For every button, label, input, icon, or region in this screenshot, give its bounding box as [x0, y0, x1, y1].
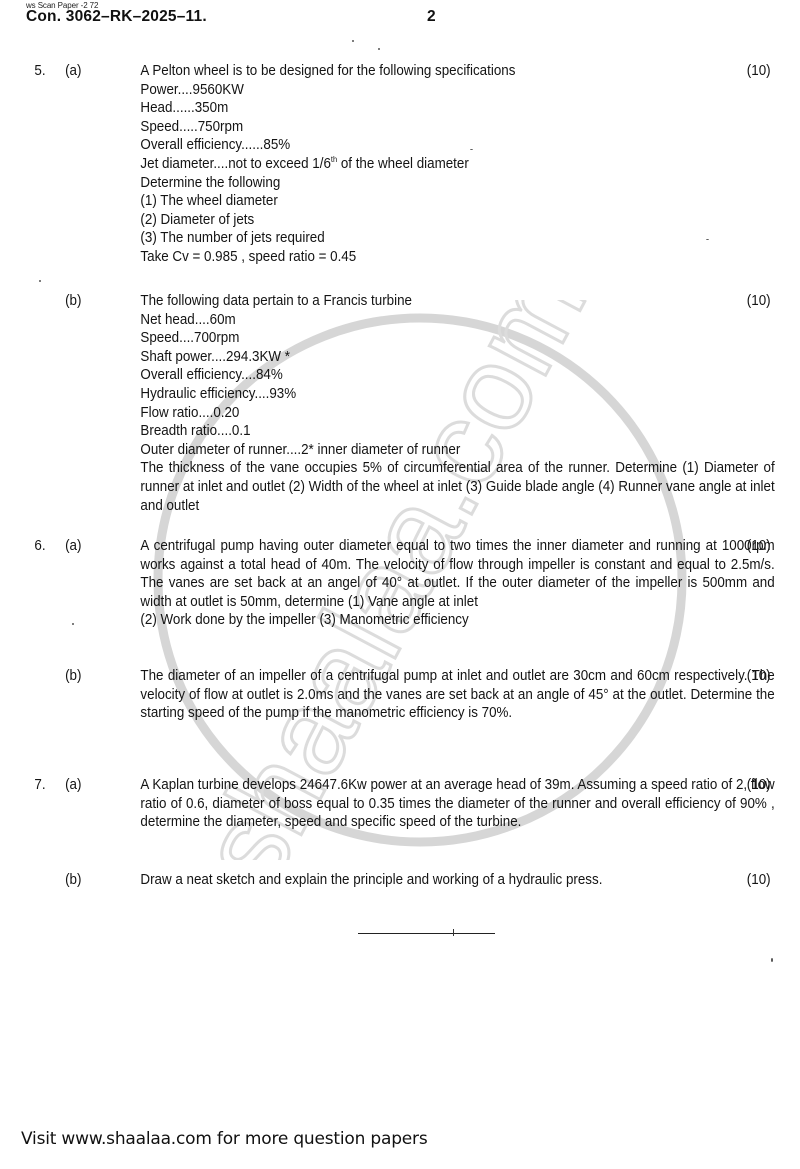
question-paragraph: Draw a neat sketch and explain the princ… [140, 871, 772, 890]
spec-power: Power....9560KW [140, 81, 772, 100]
question-paragraph: A Kaplan turbine develops 24647.6Kw powe… [140, 776, 774, 832]
body-line: Determine the following [140, 174, 772, 193]
spec-breadth-ratio: Breadth ratio....0.1 [140, 422, 774, 441]
scan-speck [352, 40, 354, 42]
part-label: (a) [65, 62, 81, 81]
jet-tail: of the wheel diameter [337, 156, 469, 172]
question-body: A Kaplan turbine develops 24647.6Kw powe… [140, 776, 774, 832]
page-number: 2 [427, 8, 436, 26]
part-label: (a) [65, 776, 81, 795]
body-line: (2) Work done by the impeller (3) Manome… [140, 611, 774, 630]
question-number: 5. [34, 62, 54, 81]
question-paragraph: A centrifugal pump having outer diameter… [140, 537, 774, 611]
end-of-paper-rule [358, 933, 495, 934]
question-body: Draw a neat sketch and explain the princ… [140, 871, 772, 890]
part-label: (b) [65, 871, 81, 890]
spec-head: Head......350m [140, 99, 772, 118]
question-number: 6. [34, 537, 54, 556]
marks: (10) [747, 776, 771, 795]
marks: (10) [747, 62, 771, 81]
scan-speck [72, 623, 74, 625]
question-number: 7. [34, 776, 54, 795]
marks: (10) [747, 667, 771, 686]
spec-speed: Speed....700rpm [140, 329, 774, 348]
scan-speck [378, 48, 380, 50]
body-line: (1) The wheel diameter [140, 192, 772, 211]
body-line: (3) The number of jets required [140, 229, 772, 248]
body-line: The following data pertain to a Francis … [140, 292, 774, 311]
body-line: (2) Diameter of jets [140, 211, 772, 230]
paper-code: Con. 3062–RK–2025–11. [26, 8, 207, 26]
spec-speed: Speed.....750rpm [140, 118, 772, 137]
marks: (10) [747, 871, 771, 890]
scan-speck [39, 280, 41, 282]
body-line: A Pelton wheel is to be designed for the… [140, 62, 772, 81]
part-label: (b) [65, 667, 81, 686]
marks: (10) [747, 537, 771, 556]
spec-jet-diameter: Jet diameter....not to exceed 1/6th of t… [140, 155, 772, 174]
question-body: A centrifugal pump having outer diameter… [140, 537, 774, 630]
spec-net-head: Net head....60m [140, 311, 774, 330]
scan-speck [470, 149, 473, 150]
question-body: The following data pertain to a Francis … [140, 292, 774, 515]
question-body: A Pelton wheel is to be designed for the… [140, 62, 772, 267]
scan-speck [706, 239, 709, 240]
body-line: Take Cv = 0.985 , speed ratio = 0.45 [140, 248, 772, 267]
spec-overall-efficiency: Overall efficiency....84% [140, 366, 774, 385]
question-body: The diameter of an impeller of a centrif… [140, 667, 774, 723]
part-label: (a) [65, 537, 81, 556]
spec-shaft-power: Shaft power....294.3KW * [140, 348, 774, 367]
spec-outer-diameter: Outer diameter of runner....2* inner dia… [140, 441, 774, 460]
jet-text: Jet diameter....not to exceed 1/6 [140, 156, 330, 172]
spec-flow-ratio: Flow ratio....0.20 [140, 404, 774, 423]
part-label: (b) [65, 292, 81, 311]
marks: (10) [747, 292, 771, 311]
footer-promo: Visit www.shaalaa.com for more question … [21, 1129, 428, 1149]
spec-hydraulic-efficiency: Hydraulic efficiency....93% [140, 385, 774, 404]
end-rule-tick [453, 929, 454, 936]
spec-efficiency: Overall efficiency......85% [140, 136, 772, 155]
question-paragraph: The thickness of the vane occupies 5% of… [140, 459, 774, 515]
scan-speck [771, 958, 773, 962]
question-paragraph: The diameter of an impeller of a centrif… [140, 667, 774, 723]
